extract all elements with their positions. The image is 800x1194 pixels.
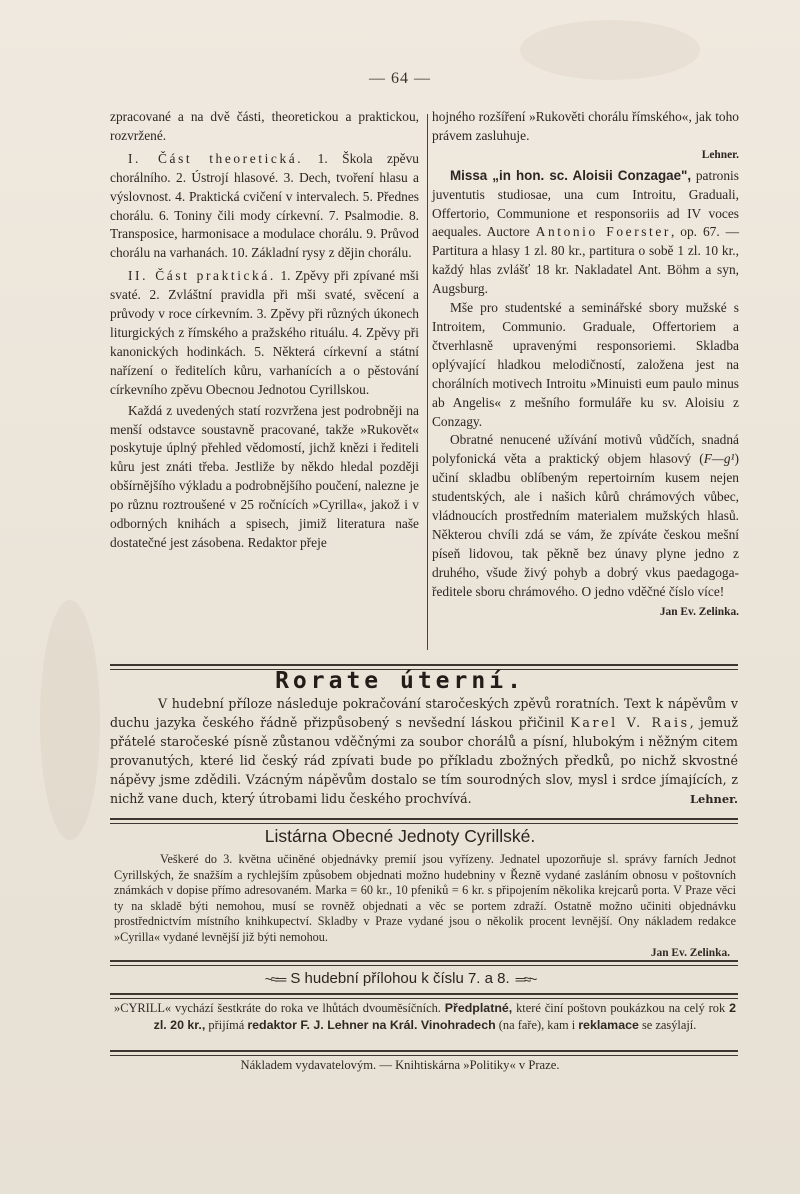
supplement-banner: ~≈═S hudební přílohou k číslu 7. a 8.═≈~: [0, 970, 800, 987]
paragraph: Veškeré do 3. května učiněné objednávky …: [114, 852, 736, 946]
supplement-text: S hudební přílohou k číslu 7. a 8.: [290, 970, 509, 987]
left-column: zpracované a na dvě části, theoretickou …: [110, 108, 419, 553]
page-number: — 64 —: [0, 70, 800, 88]
paragraph-practice: II. Část praktická. 1. Zpěvy při zpívané…: [110, 267, 419, 399]
paper-stain: [40, 600, 100, 840]
section-heading: II. Část praktická.: [128, 268, 276, 283]
section-divider: [110, 818, 738, 824]
paragraph: V hudební příloze následuje pokračování …: [110, 694, 738, 808]
subscription-notice: »CYRILL« vychází šestkráte do roka ve lh…: [114, 1000, 736, 1034]
flourish-left-icon: ~≈═: [265, 971, 285, 987]
column-divider: [427, 114, 428, 650]
paragraph: hojného rozšíření »Rukověti chorálu říms…: [432, 108, 739, 146]
signature: Lehner.: [642, 790, 738, 809]
signature: Jan Ev. Zelinka.: [114, 946, 730, 962]
paragraph-theory: I. Část theoretická. 1. Škola zpěvu chor…: [110, 150, 419, 263]
author-name: Karel V. Rais: [570, 715, 689, 730]
vocal-range: F—g¹: [704, 451, 735, 466]
composer-name: Antonio Foerster: [536, 224, 671, 239]
paragraph: Každá z uvedených statí rozvržena jest p…: [110, 402, 419, 553]
magazine-page: — 64 — zpracované a na dvě části, theore…: [0, 0, 800, 1194]
review-title: Missa „in hon. sc. Aloisii Conzagae",: [450, 168, 691, 183]
listarna-notice: Veškeré do 3. května učiněné objednávky …: [114, 852, 736, 961]
section-heading: I. Část theoretická.: [128, 151, 303, 166]
section-divider: [110, 960, 738, 966]
paragraph: Obratné nenucené užívání motivů vůdčích,…: [432, 431, 739, 601]
two-column-article: zpracované a na dvě části, theoretickou …: [110, 108, 730, 660]
section-title-listarna: Listárna Obecné Jednoty Cyrillské.: [0, 826, 800, 847]
signature: Lehner.: [432, 146, 739, 165]
rorate-article: V hudební příloze následuje pokračování …: [110, 694, 738, 809]
paragraph: zpracované a na dvě části, theoretickou …: [110, 108, 419, 146]
section-divider: [110, 1050, 738, 1056]
imprint: Nákladem vydavatelovým. — Knihtiskárna »…: [0, 1058, 800, 1073]
review-missa: Missa „in hon. sc. Aloisii Conzagae", pa…: [432, 167, 739, 299]
paragraph: Mše pro studentské a seminářské sbory mu…: [432, 299, 739, 431]
section-divider: [110, 993, 738, 999]
signature: Jan Ev. Zelinka.: [642, 603, 739, 622]
paragraph: »CYRILL« vychází šestkráte do roka ve lh…: [114, 1000, 736, 1034]
flourish-right-icon: ═≈~: [516, 971, 536, 987]
section-title-rorate: Rorate úterní.: [0, 668, 800, 694]
right-column: hojného rozšíření »Rukověti chorálu říms…: [432, 108, 739, 621]
